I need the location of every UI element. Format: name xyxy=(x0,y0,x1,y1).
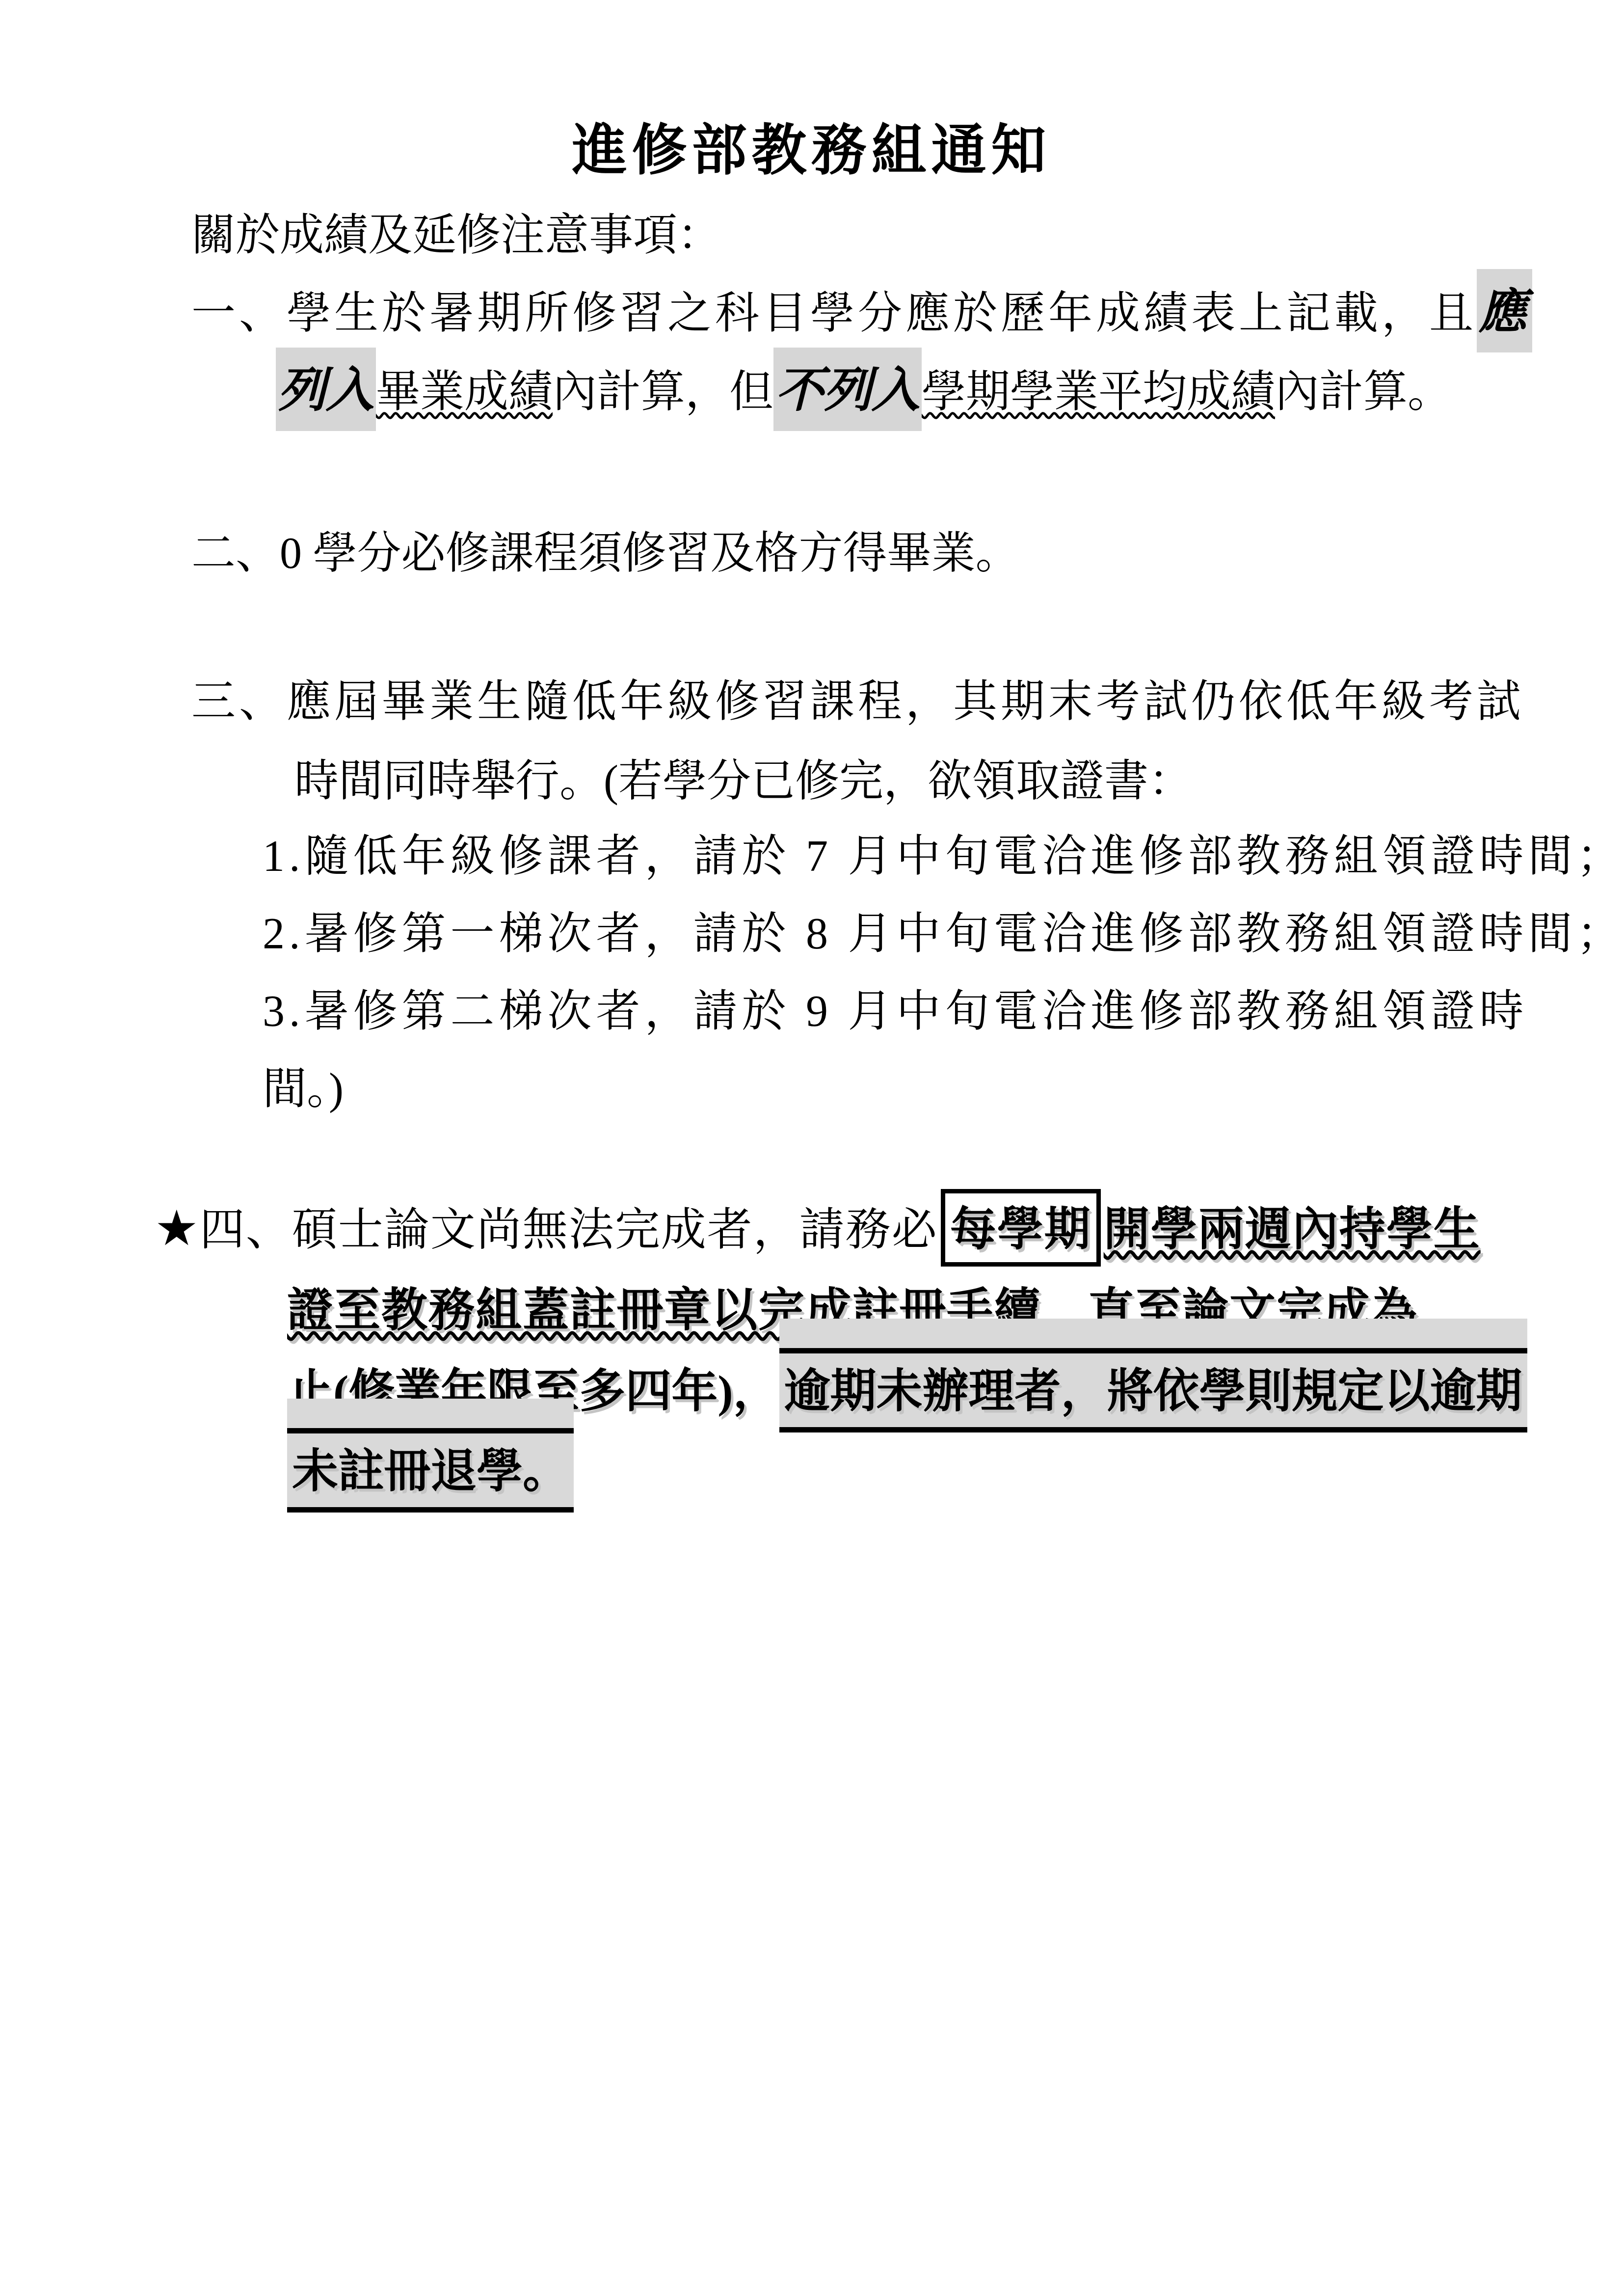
item-4-line-4: 未註冊退學。 xyxy=(287,1432,574,1512)
item-1-mid-text: 內計算，但 xyxy=(553,368,773,416)
item-3-line-2: 時間同時舉行。(若學分已修完，欲領取證書： xyxy=(294,742,1193,821)
item-1-end-text: 內計算。 xyxy=(1275,368,1452,416)
notice-title: 進修部教務組通知 xyxy=(0,112,1623,190)
item-4-plain-text: 四、碩士論文尚無法完成者，請務必 xyxy=(200,1205,938,1255)
intro-line: 關於成績及延修注意事項： xyxy=(191,196,721,275)
item-3-sub-1: 1.隨低年級修課者，請於 7 月中旬電洽進修部教務組領證時間； xyxy=(263,817,1623,896)
band-dismissal: 未註冊退學。 xyxy=(287,1428,574,1513)
item-3-sub-3: 3.暑修第二梯次者，請於 9 月中旬電洽進修部教務組領證時 xyxy=(263,972,1528,1051)
highlight-should: 應 xyxy=(1477,269,1532,352)
item-3-line-1: 三、應屆畢業生隨低年級修習課程，其期末考試仍依低年級考試 xyxy=(191,663,1524,741)
item-4-bold-tail: ，直至論文完成為 xyxy=(1041,1285,1418,1336)
bold-wavy-registration-1: 開學兩週內持學生 xyxy=(1104,1204,1481,1255)
bold-wavy-registration-2: 證至教務組蓋註冊章以完成註冊手續 xyxy=(287,1285,1041,1336)
boxed-every-semester: 每學期 xyxy=(941,1189,1101,1267)
item-1-line-2: 列入畢業成績內計算，但不列入學期學業平均成績內計算。 xyxy=(276,351,1452,432)
item-1-text: 一、學生於暑期所修習之科目學分應於歷年成績表上記載，且 xyxy=(191,289,1477,338)
wavy-graduation-grade: 畢業成績 xyxy=(376,368,553,416)
document-page: { "document": { "title": "進修部教務組通知", "in… xyxy=(0,0,1623,2296)
item-4-bold-limit: 止(修業年限至多四年)， xyxy=(287,1366,779,1417)
item-3-sub-2: 2.暑修第一梯次者，請於 8 月中旬電洽進修部教務組領證時間； xyxy=(263,895,1623,973)
item-4-line-2: 證至教務組蓋註冊章以完成註冊手續，直至論文完成為 xyxy=(287,1271,1418,1351)
item-4-line-1: ★四、碩士論文尚無法完成者，請務必每學期開學兩週內持學生 xyxy=(155,1189,1481,1270)
item-4-line-3: 止(修業年限至多四年)，逾期未辦理者，將依學則規定以逾期 xyxy=(287,1352,1527,1432)
item-2-line: 二、0 學分必修課程須修習及格方得畢業。 xyxy=(191,514,1020,593)
star-icon: ★ xyxy=(155,1201,200,1256)
highlight-not-counted: 不列入 xyxy=(773,348,922,431)
item-1-line-1: 一、學生於暑期所修習之科目學分應於歷年成績表上記載，且應 xyxy=(191,273,1532,353)
item-3-sub-3-tail: 間。) xyxy=(263,1050,344,1129)
band-overdue-warning: 逾期未辦理者，將依學則規定以逾期 xyxy=(779,1348,1527,1432)
highlight-counted: 列入 xyxy=(276,348,376,431)
wavy-semester-average: 學期學業平均成績 xyxy=(922,368,1275,416)
